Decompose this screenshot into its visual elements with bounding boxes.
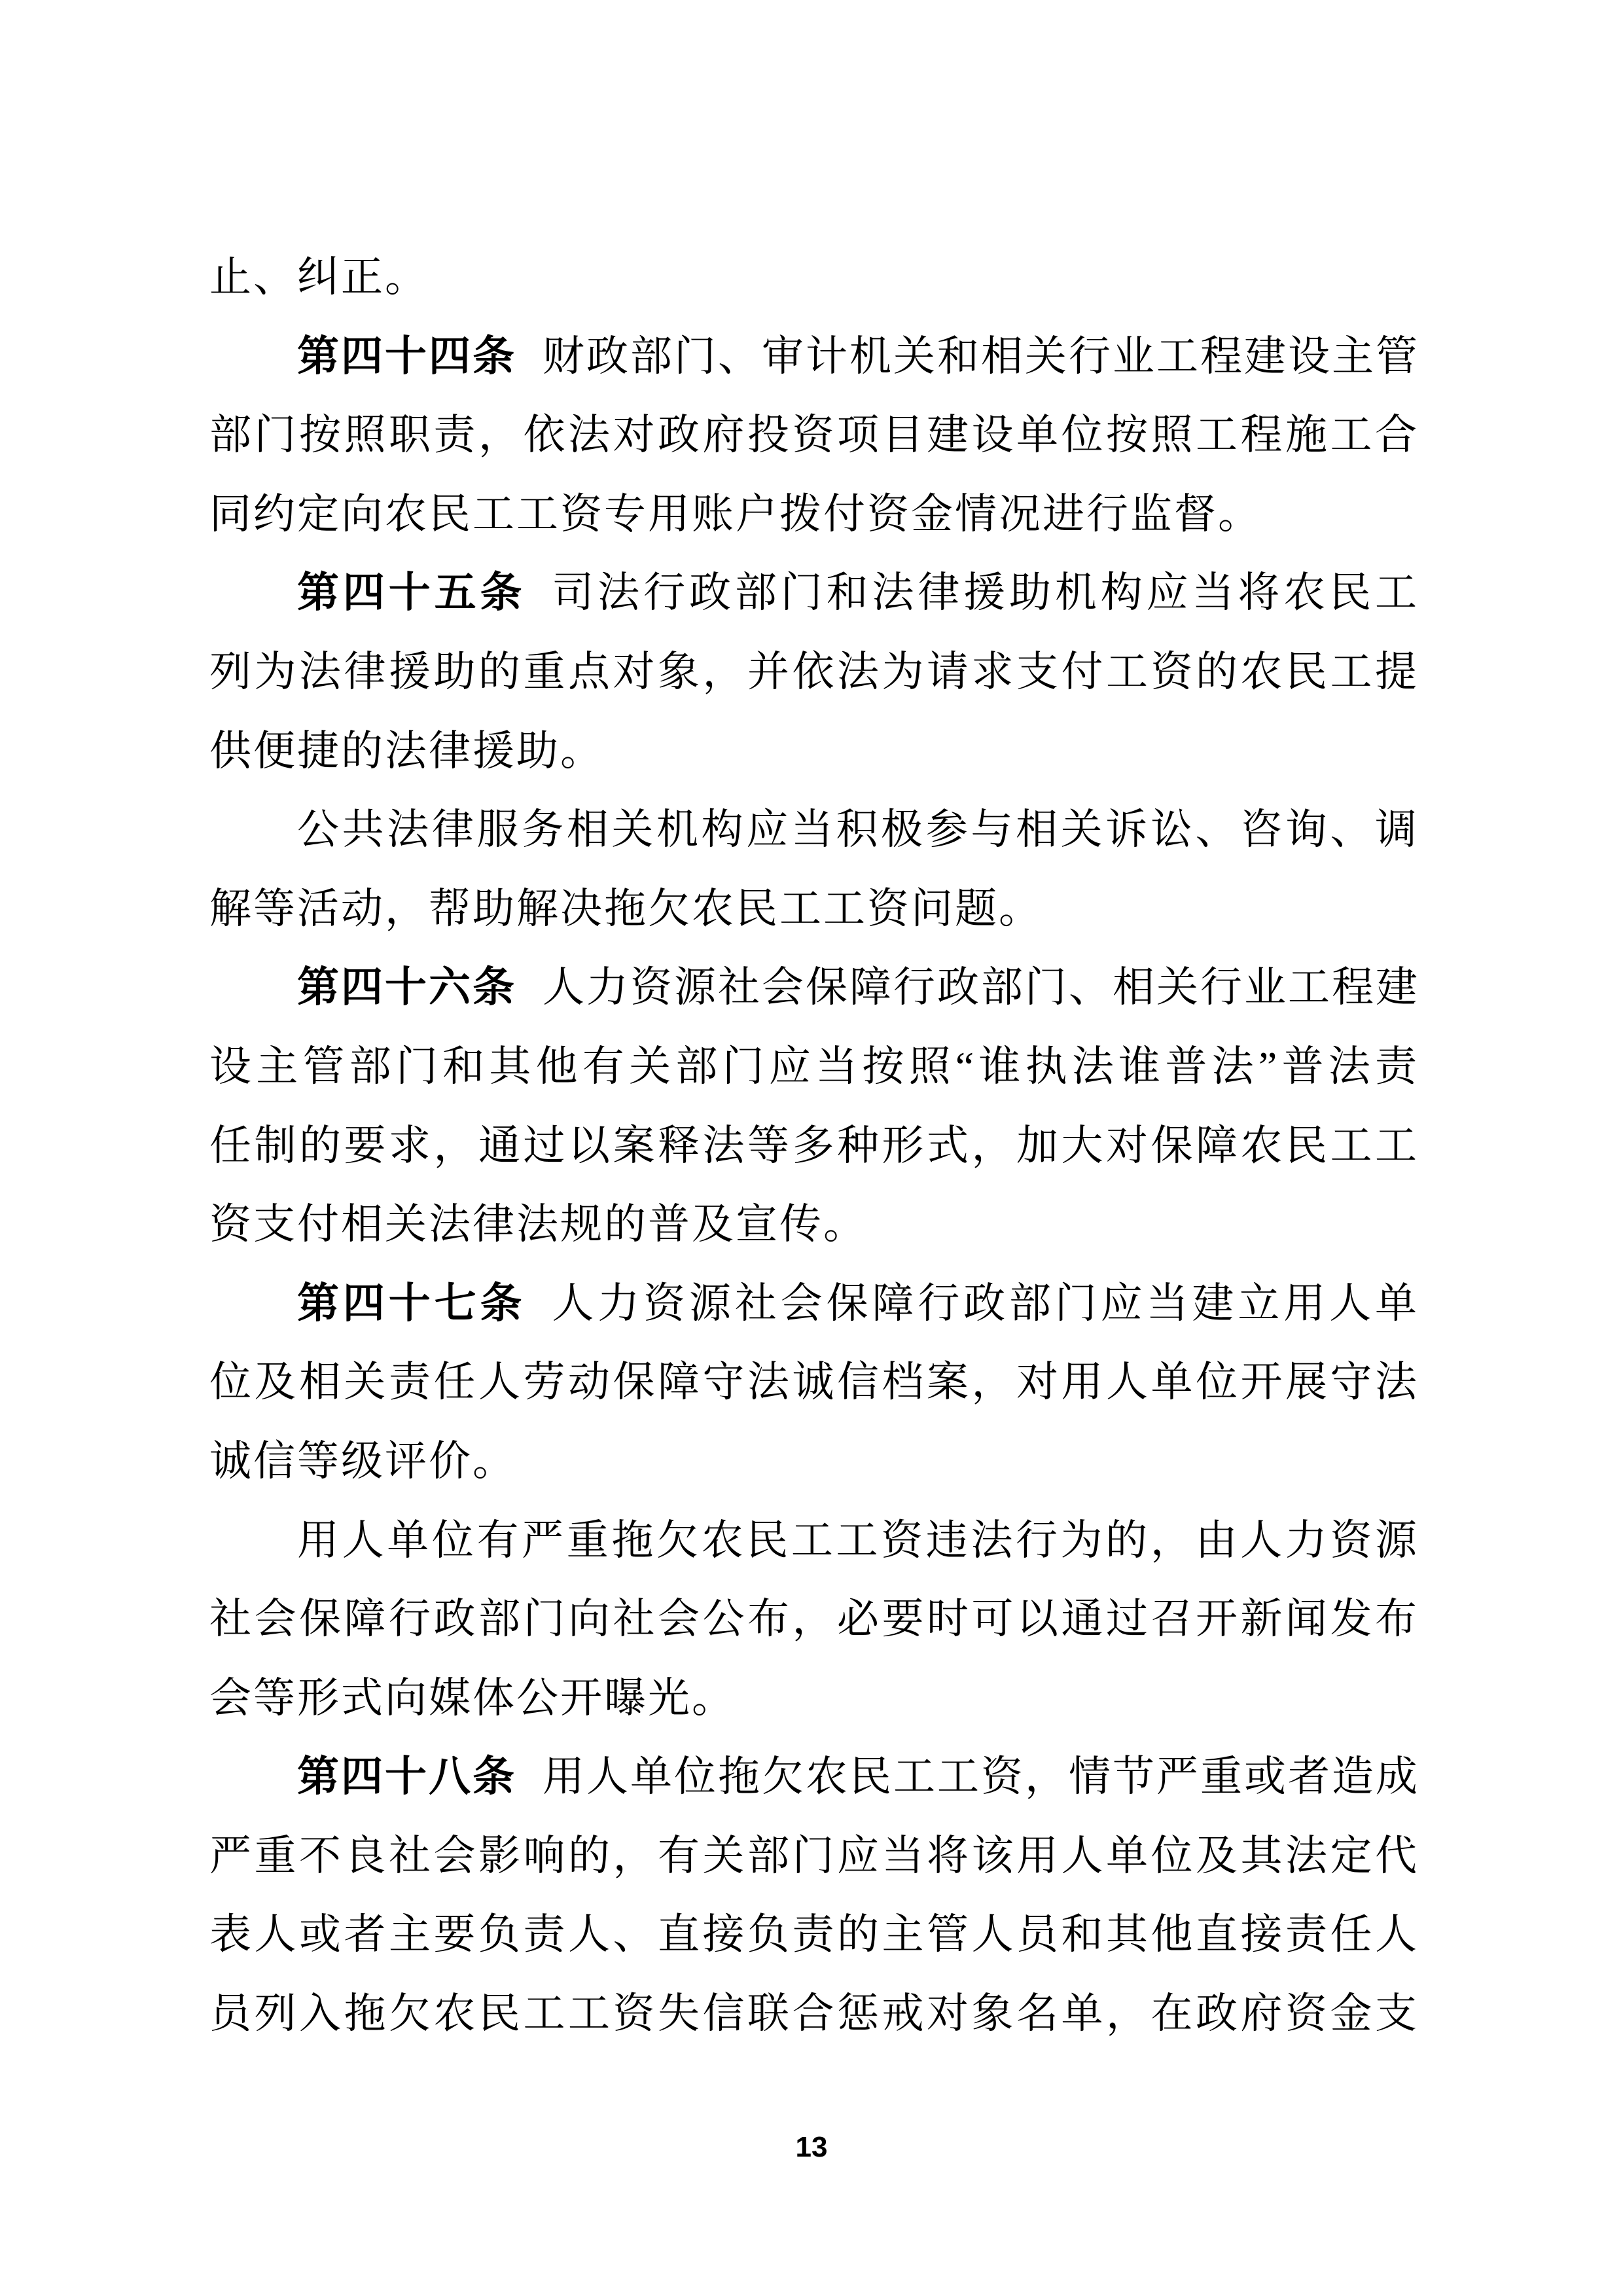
text-line: 严重不良社会影响的，有关部门应当将该用人单位及其法定代 xyxy=(209,1817,1419,1896)
text-line: 用人单位有严重拖欠农民工工资违法行为的，由人力资源 xyxy=(209,1501,1419,1581)
text-line: 第四十四条财政部门、审计机关和相关行业工程建设主管 xyxy=(209,317,1419,397)
line-text: 列为法律援助的重点对象，并依法为请求支付工资的农民工提 xyxy=(209,649,1419,695)
line-text: 止、纠正。 xyxy=(209,254,429,300)
page-number: 13 xyxy=(0,2131,1623,2164)
text-line: 供便捷的法律援助。 xyxy=(209,712,1419,791)
line-text: 会等形式向媒体公开曝光。 xyxy=(209,1675,736,1721)
line-text: 人力资源社会保障行政部门应当建立用人单 xyxy=(552,1280,1419,1327)
line-text: 司法行政部门和法律援助机构应当将农民工 xyxy=(552,569,1419,616)
line-text: 用人单位有严重拖欠农民工工资违法行为的，由人力资源 xyxy=(297,1517,1419,1564)
text-line: 同约定向农民工工资专用账户拨付资金情况进行监督。 xyxy=(209,475,1419,554)
line-text: 人力资源社会保障行政部门、相关行业工程建 xyxy=(543,964,1419,1011)
text-line: 第四十七条人力资源社会保障行政部门应当建立用人单 xyxy=(209,1265,1419,1344)
text-line: 公共法律服务相关机构应当积极参与相关诉讼、咨询、调 xyxy=(209,791,1419,870)
text-line: 解等活动，帮助解决拖欠农民工工资问题。 xyxy=(209,870,1419,949)
article-44-number: 第四十四条 xyxy=(297,333,516,380)
text-line: 列为法律援助的重点对象，并依法为请求支付工资的农民工提 xyxy=(209,633,1419,712)
text-line: 表人或者主要负责人、直接负责的主管人员和其他直接责任人 xyxy=(209,1895,1419,1975)
line-text: 严重不良社会影响的，有关部门应当将该用人单位及其法定代 xyxy=(209,1833,1419,1879)
line-text: 位及相关责任人劳动保障守法诚信档案，对用人单位开展守法 xyxy=(209,1359,1419,1405)
text-line: 位及相关责任人劳动保障守法诚信档案，对用人单位开展守法 xyxy=(209,1343,1419,1422)
article-46-number: 第四十六条 xyxy=(297,964,516,1011)
line-text: 同约定向农民工工资专用账户拨付资金情况进行监督。 xyxy=(209,491,1262,537)
article-48-number: 第四十八条 xyxy=(297,1753,516,1800)
article-47-number: 第四十七条 xyxy=(297,1280,526,1327)
text-line: 资支付相关法律法规的普及宣传。 xyxy=(209,1185,1419,1265)
line-text: 用人单位拖欠农民工工资，情节严重或者造成 xyxy=(543,1753,1419,1800)
line-text: 设主管部门和其他有关部门应当按照“谁执法谁普法”普法责 xyxy=(209,1043,1419,1090)
line-text: 表人或者主要负责人、直接负责的主管人员和其他直接责任人 xyxy=(209,1911,1419,1958)
line-text: 财政部门、审计机关和相关行业工程建设主管 xyxy=(543,333,1419,380)
line-text: 供便捷的法律援助。 xyxy=(209,728,604,774)
text-line: 任制的要求，通过以案释法等多种形式，加大对保障农民工工 xyxy=(209,1107,1419,1186)
line-text: 诚信等级评价。 xyxy=(209,1438,516,1484)
line-text: 社会保障行政部门向社会公布，必要时可以通过召开新闻发布 xyxy=(209,1596,1419,1642)
text-line: 员列入拖欠农民工工资失信联合惩戒对象名单，在政府资金支 xyxy=(209,1975,1419,2054)
line-text: 公共法律服务相关机构应当积极参与相关诉讼、咨询、调 xyxy=(297,806,1419,853)
text-line: 止、纠正。 xyxy=(209,238,1419,317)
text-line: 第四十六条人力资源社会保障行政部门、相关行业工程建 xyxy=(209,948,1419,1028)
line-text: 解等活动，帮助解决拖欠农民工工资问题。 xyxy=(209,886,1043,932)
text-line: 社会保障行政部门向社会公布，必要时可以通过召开新闻发布 xyxy=(209,1580,1419,1659)
text-line: 第四十五条司法行政部门和法律援助机构应当将农民工 xyxy=(209,554,1419,633)
text-line: 诚信等级评价。 xyxy=(209,1422,1419,1501)
line-text: 任制的要求，通过以案释法等多种形式，加大对保障农民工工 xyxy=(209,1122,1419,1169)
line-text: 资支付相关法律法规的普及宣传。 xyxy=(209,1201,867,1247)
text-line: 设主管部门和其他有关部门应当按照“谁执法谁普法”普法责 xyxy=(209,1028,1419,1107)
text-line: 会等形式向媒体公开曝光。 xyxy=(209,1659,1419,1738)
article-45-number: 第四十五条 xyxy=(297,569,526,616)
document-text-block: 止、纠正。 第四十四条财政部门、审计机关和相关行业工程建设主管 部门按照职责，依… xyxy=(209,238,1419,2054)
line-text: 部门按照职责，依法对政府投资项目建设单位按照工程施工合 xyxy=(209,412,1419,458)
text-line: 部门按照职责，依法对政府投资项目建设单位按照工程施工合 xyxy=(209,396,1419,475)
text-line: 第四十八条用人单位拖欠农民工工资，情节严重或者造成 xyxy=(209,1738,1419,1817)
line-text: 员列入拖欠农民工工资失信联合惩戒对象名单，在政府资金支 xyxy=(209,1990,1419,2037)
